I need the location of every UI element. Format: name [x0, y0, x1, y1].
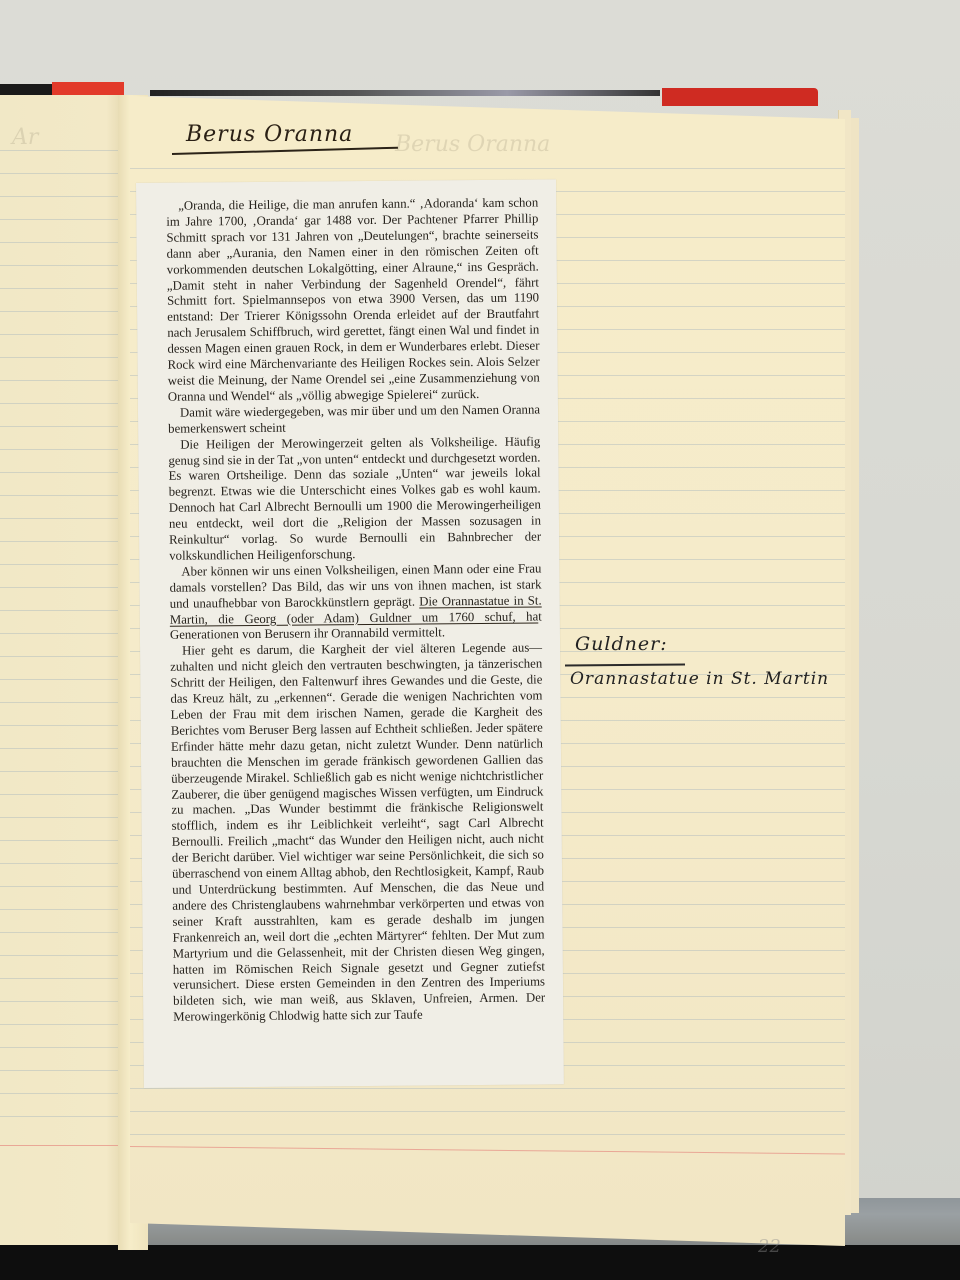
ghost-text-bleed: Berus Oranna	[395, 132, 550, 157]
margin-note: Guldner: Orannastatue in St. Martin	[575, 633, 668, 655]
left-page: Ar	[0, 95, 125, 1245]
ghost-text: Ar	[12, 125, 38, 150]
newspaper-clipping: „Oranda, die Heilige, die man anrufen ka…	[136, 179, 564, 1088]
paragraph: Hier geht es darum, die Kargheit der vie…	[170, 641, 545, 1026]
paragraph: Damit wäre wiedergegeben, was mir über u…	[168, 402, 540, 437]
page-number-mark: 22	[758, 1236, 781, 1257]
shelf-shadow	[0, 1245, 960, 1280]
margin-note-line-2: Orannastatue in St. Martin	[570, 669, 829, 689]
clipping-text: „Oranda, die Heilige, die man anrufen ka…	[166, 195, 545, 1025]
margin-note-line-1: Guldner:	[575, 633, 668, 655]
paragraph: Die Heiligen der Merowingerzeit gelten a…	[168, 434, 541, 564]
paragraph: Aber können wir uns einen Volksheiligen,…	[169, 561, 542, 644]
handwritten-heading: Berus Oranna	[186, 122, 353, 147]
paragraph: „Oranda, die Heilige, die man anrufen ka…	[166, 195, 540, 405]
